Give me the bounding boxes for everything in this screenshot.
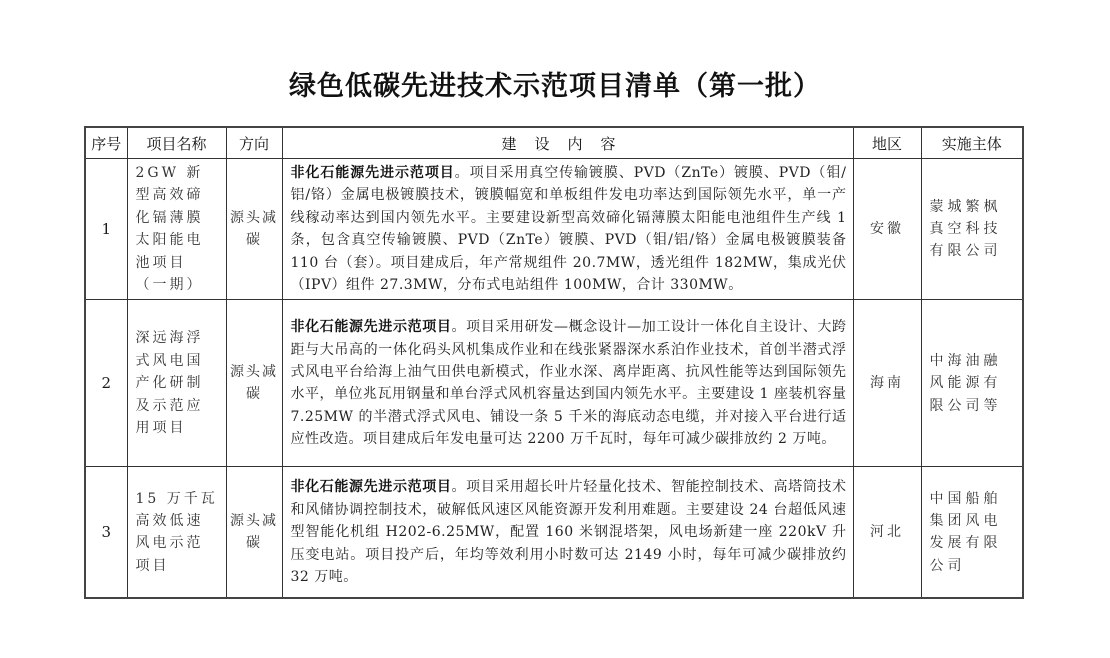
header-direction: 方向 <box>226 127 282 159</box>
cell-seq: 1 <box>85 159 127 300</box>
header-implementer: 实施主体 <box>921 127 1023 159</box>
cell-direction: 源头减碳 <box>226 467 282 599</box>
cell-implementer: 中国船舶集团风电发展有限公司 <box>921 467 1023 599</box>
table-row: 3 15 万千瓦高效低速风电示范项目 源头减碳 非化石能源先进示范项目。项目采用… <box>85 467 1023 599</box>
cell-content: 非化石能源先进示范项目。项目采用真空传输镀膜、PVD（ZnTe）镀膜、PVD（钼… <box>282 159 853 300</box>
header-region: 地区 <box>853 127 921 159</box>
cell-region: 安徽 <box>853 159 921 300</box>
cell-region: 河北 <box>853 467 921 599</box>
header-seq: 序号 <box>85 127 127 159</box>
cell-project-name: 15 万千瓦高效低速风电示范项目 <box>127 467 226 599</box>
content-category: 非化石能源先进示范项目 <box>291 319 452 335</box>
cell-direction: 源头减碳 <box>226 300 282 467</box>
table-row: 1 2GW 新型高效碲化镉薄膜太阳能电池项目（一期） 源头减碳 非化石能源先进示… <box>85 159 1023 300</box>
table-row: 2 深远海浮式风电国产化研制及示范应用项目 源头减碳 非化石能源先进示范项目。项… <box>85 300 1023 467</box>
cell-seq: 3 <box>85 467 127 599</box>
table-header-row: 序号 项目名称 方向 建设内容 地区 实施主体 <box>85 127 1023 159</box>
cell-project-name: 深远海浮式风电国产化研制及示范应用项目 <box>127 300 226 467</box>
project-list-table: 序号 项目名称 方向 建设内容 地区 实施主体 1 2GW 新型高效碲化镉薄膜太… <box>84 126 1024 599</box>
cell-region: 海南 <box>853 300 921 467</box>
document-title: 绿色低碳先进技术示范项目清单（第一批） <box>0 64 1110 103</box>
cell-seq: 2 <box>85 300 127 467</box>
content-text: 。项目采用真空传输镀膜、PVD（ZnTe）镀膜、PVD（钼/铝/铬）金属电极镀膜… <box>291 165 847 293</box>
cell-content: 非化石能源先进示范项目。项目采用研发—概念设计—加工设计一体化自主设计、大跨距与… <box>282 300 853 467</box>
content-text: 。项目采用研发—概念设计—加工设计一体化自主设计、大跨距与大吊高的一体化码头风机… <box>291 319 847 447</box>
cell-implementer: 中海油融风能源有限公司等 <box>921 300 1023 467</box>
header-name: 项目名称 <box>127 127 226 159</box>
cell-direction: 源头减碳 <box>226 159 282 300</box>
header-content: 建设内容 <box>282 127 853 159</box>
cell-content: 非化石能源先进示范项目。项目采用超长叶片轻量化技术、智能控制技术、高塔筒技术和风… <box>282 467 853 599</box>
cell-implementer: 蒙城繁枫真空科技有限公司 <box>921 159 1023 300</box>
content-category: 非化石能源先进示范项目 <box>291 165 455 181</box>
content-category: 非化石能源先进示范项目 <box>291 479 452 495</box>
cell-project-name: 2GW 新型高效碲化镉薄膜太阳能电池项目（一期） <box>127 159 226 300</box>
